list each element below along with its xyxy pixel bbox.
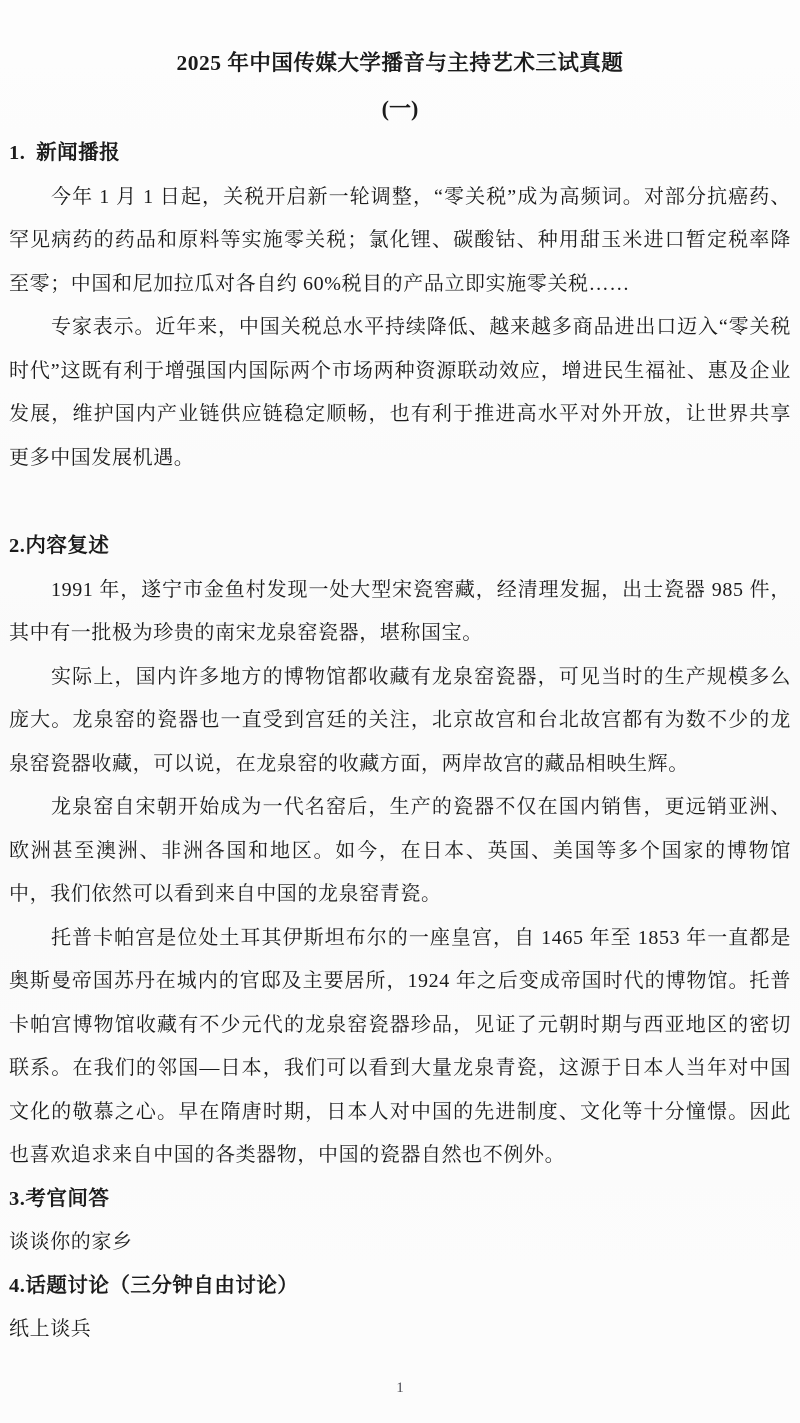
paragraph: 纸上谈兵: [9, 1308, 791, 1352]
section-heading-4: 4.话题讨论（三分钟自由讨论）: [9, 1265, 791, 1309]
paragraph: 1991 年，遂宁市金鱼村发现一处大型宋瓷窖藏，经清理发掘，出士瓷器 985 件…: [9, 569, 791, 656]
section-heading-3: 3.考官间答: [9, 1178, 791, 1222]
document-page: 2025 年中国传媒大学播音与主持艺术三试真题 (一) 1. 新闻播报今年 1 …: [0, 0, 800, 1423]
paragraph: 实际上，国内许多地方的博物馆都收藏有龙泉窑瓷器，可见当时的生产规模多么庞大。龙泉…: [9, 656, 791, 787]
document-body: 1. 新闻播报今年 1 月 1 日起，关税开启新一轮调整，“零关税”成为高频词。…: [9, 132, 791, 1352]
section-heading-2: 2.内容复述: [9, 525, 791, 569]
paragraph: 今年 1 月 1 日起，关税开启新一轮调整，“零关税”成为高频词。对部分抗癌药、…: [9, 176, 791, 307]
paragraph: 托普卡帕宫是位处土耳其伊斯坦布尔的一座皇宫，自 1465 年至 1853 年一直…: [9, 917, 791, 1178]
document-title: 2025 年中国传媒大学播音与主持艺术三试真题: [9, 40, 791, 86]
document-subtitle: (一): [9, 86, 791, 132]
paragraph: 谈谈你的家乡: [9, 1221, 791, 1265]
page-number: 1: [0, 1380, 800, 1397]
section-heading-1: 1. 新闻播报: [9, 132, 791, 176]
paragraph: 专家表示。近年来，中国关税总水平持续降低、越来越多商品进出口迈入“零关税时代”这…: [9, 306, 791, 480]
paragraph: 龙泉窑自宋朝开始成为一代名窑后，生产的瓷器不仅在国内销售，更远销亚洲、欧洲甚至澳…: [9, 786, 791, 917]
